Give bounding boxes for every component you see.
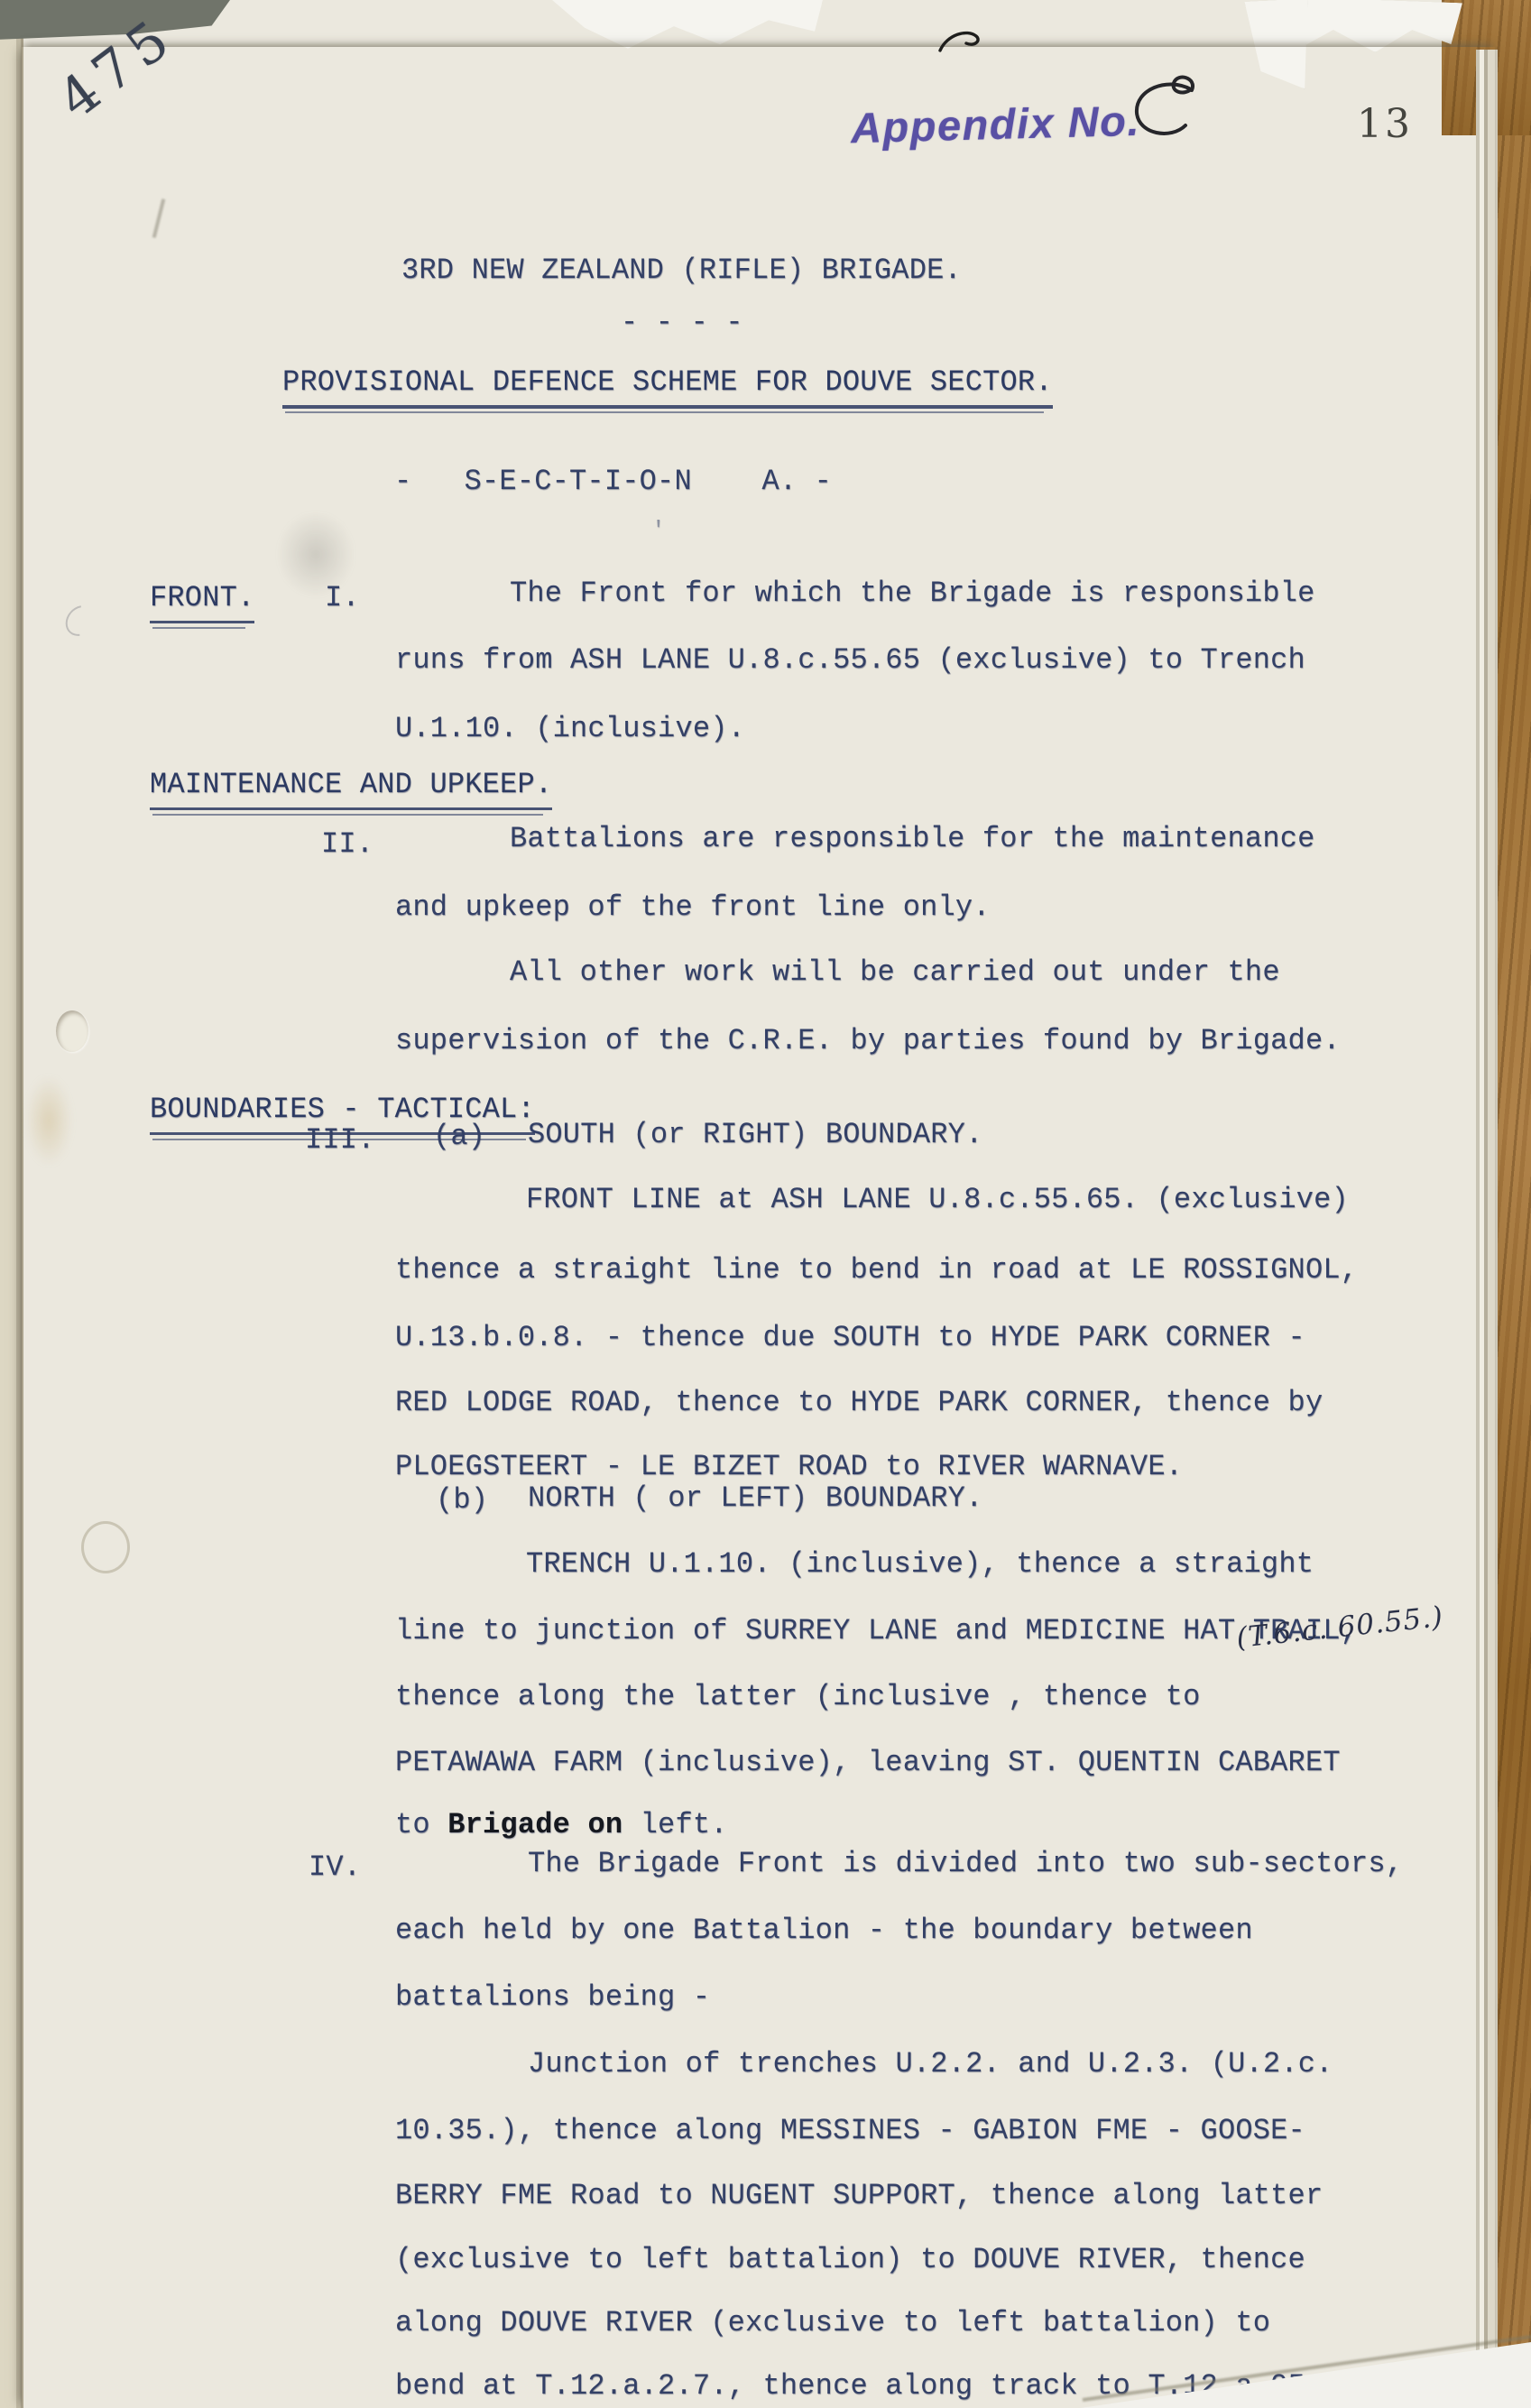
typed-segment: to	[395, 1808, 447, 1841]
typed-line: RED LODGE ROAD, thence to HYDE PARK CORN…	[395, 1387, 1323, 1420]
typed-line: NORTH ( or LEFT) BOUNDARY.	[528, 1482, 982, 1516]
handwritten-appendix-letter-icon	[1121, 70, 1230, 156]
typed-line: battalions being -	[395, 1981, 710, 2015]
appendix-stamp: Appendix No.	[850, 96, 1140, 152]
typed-line: PLOEGSTEERT - LE BIZET ROAD to RIVER WAR…	[395, 1451, 1183, 1484]
typed-line: runs from ASH LANE U.8.c.55.65 (exclusiv…	[395, 644, 1305, 678]
overwritten-text: Brigade on	[447, 1808, 623, 1841]
document-subtitle: PROVISIONAL DEFENCE SCHEME FOR DOUVE SEC…	[282, 366, 1053, 409]
typed-line: thence along the latter (inclusive , the…	[395, 1681, 1201, 1714]
typed-line: U.13.b.0.8. - thence due SOUTH to HYDE P…	[395, 1322, 1305, 1355]
section-heading: - S-E-C-T-I-O-N A. -	[394, 466, 832, 499]
typed-line: U.1.10. (inclusive).	[395, 713, 745, 746]
numeral-iii: III.	[305, 1124, 375, 1158]
typed-line: supervision of the C.R.E. by parties fou…	[395, 1025, 1341, 1058]
heading-front: FRONT.	[150, 582, 254, 623]
stray-mark: '	[651, 518, 666, 545]
typed-line: (exclusive to left battalion) to DOUVE R…	[395, 2244, 1305, 2277]
typed-line: line to junction of SURREY LANE and MEDI…	[395, 1615, 1358, 1648]
typed-segment: left.	[623, 1808, 727, 1841]
typed-line: thence a straight line to bend in road a…	[395, 1254, 1358, 1287]
typed-line: Junction of trenches U.2.2. and U.2.3. (…	[528, 2048, 1333, 2081]
typed-line: (b)	[436, 1484, 488, 1518]
typed-line: The Brigade Front is divided into two su…	[528, 1848, 1403, 1881]
punch-hole	[56, 1010, 88, 1052]
numeral-ii: II.	[321, 828, 374, 862]
typed-line: (a)	[433, 1121, 485, 1154]
paper-crease	[152, 198, 166, 238]
heading-maintenance: MAINTENANCE AND UPKEEP.	[150, 769, 552, 810]
typed-line: All other work will be carried out under…	[510, 956, 1280, 990]
typed-line: 10.35.), thence along MESSINES - GABION …	[395, 2115, 1305, 2148]
numeral-iv: IV.	[309, 1851, 361, 1885]
typed-line: The Front for which the Brigade is respo…	[510, 577, 1315, 611]
scanned-document-scene: 475 Appendix No. 13 3RD NEW ZEALAND (RIF…	[0, 0, 1531, 2408]
typed-line: along DOUVE RIVER (exclusive to left bat…	[395, 2307, 1270, 2340]
typed-line: TRENCH U.1.10. (inclusive), thence a str…	[526, 1548, 1314, 1582]
typed-line: SOUTH (or RIGHT) BOUNDARY.	[528, 1119, 982, 1152]
stain-ring	[81, 1521, 130, 1573]
typed-line: PETAWAWA FARM (inclusive), leaving ST. Q…	[395, 1747, 1341, 1780]
typed-line: BERRY FME Road to NUGENT SUPPORT, thence…	[395, 2180, 1323, 2213]
typed-line: Battalions are responsible for the maint…	[510, 823, 1315, 856]
typed-line-with-overwrite: to Brigade on left.	[395, 1809, 728, 1842]
yellow-stain	[25, 1075, 72, 1166]
numeral-i: I.	[325, 582, 360, 615]
pen-arc-mark	[60, 600, 101, 642]
typed-line: each held by one Battalion - the boundar…	[395, 1914, 1253, 1948]
typed-line: and upkeep of the front line only.	[395, 891, 991, 925]
document-title: 3RD NEW ZEALAND (RIFLE) BRIGADE.	[401, 254, 962, 288]
under-page-left-edge	[0, 0, 23, 2408]
pen-squiggle-icon	[936, 29, 985, 58]
typed-line: FRONT LINE at ASH LANE U.8.c.55.65. (exc…	[526, 1184, 1349, 1217]
title-dashes: - - - -	[621, 307, 743, 340]
page-number: 13	[1357, 101, 1413, 147]
